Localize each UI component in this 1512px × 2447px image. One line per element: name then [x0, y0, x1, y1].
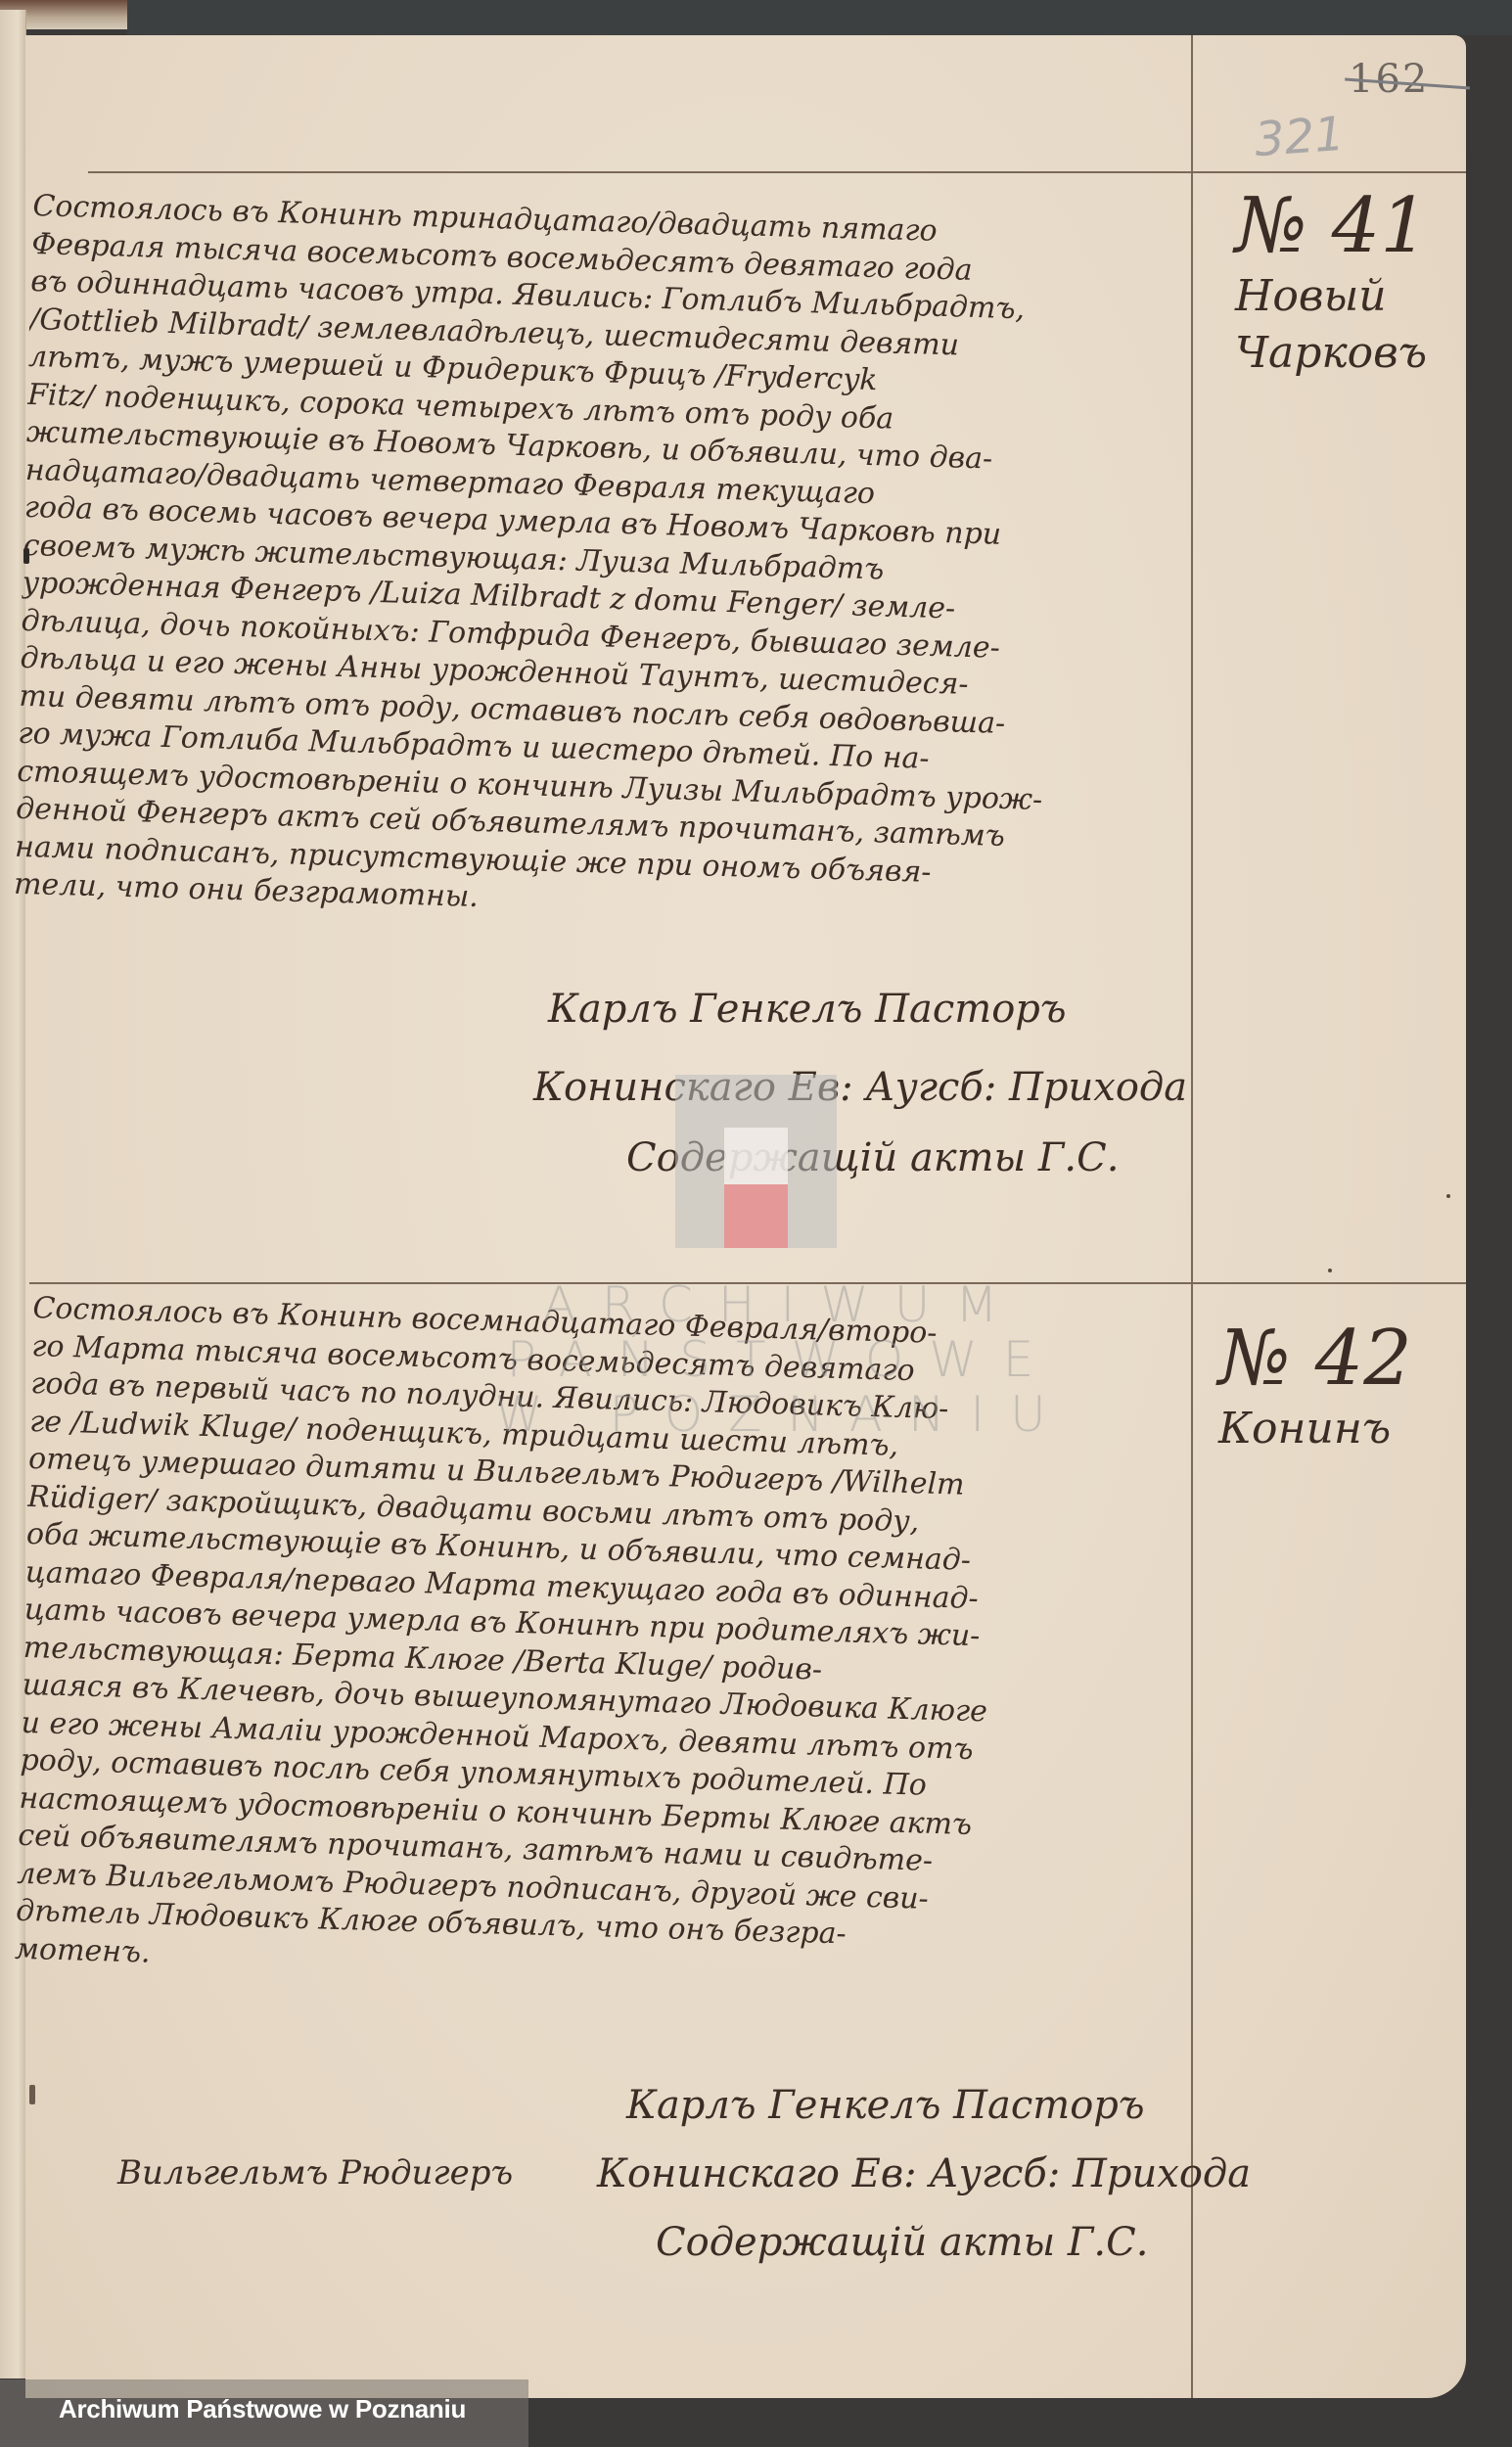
paper-damage-mark [29, 2085, 35, 2104]
paper-damage-mark [23, 548, 29, 564]
scan-background-top [127, 0, 1512, 35]
record-place-line1: Новый [1235, 268, 1429, 325]
record-number-42: № 42 Конинъ [1218, 1316, 1412, 1457]
record-entry-41-text: Состоялось въ Конинѣ тринадцатаго/двадца… [14, 188, 1198, 936]
folio-number-pencil: 321 [1253, 107, 1346, 167]
pastor-signature-41-line1: Карлъ Генкелъ Пасторъ [548, 987, 1067, 1032]
ink-dot [1446, 1194, 1450, 1198]
ink-dot [1328, 1269, 1332, 1272]
witness-signature-42: Вильгельмъ Рюдигеръ [117, 2153, 513, 2193]
watermark-line2: W POZNANIU [362, 1387, 1204, 1442]
record-number-label: № 42 [1218, 1316, 1412, 1401]
record-place-line2: Чарковъ [1235, 325, 1429, 382]
record-number-label: № 41 [1235, 184, 1429, 268]
record-number-41: № 41 Новый Чарковъ [1235, 184, 1429, 382]
previous-page-edge [0, 10, 26, 2378]
archive-label: Archiwum Państwowe w Poznaniu [59, 2394, 466, 2424]
record-place-line1: Конинъ [1218, 1401, 1412, 1457]
pastor-signature-41-line2: Конинскаго Ев: Аугсб: Прихода [533, 1065, 1187, 1110]
watermark-line1: ARCHIWUM PAŃSTWOWE [362, 1277, 1204, 1387]
watermark-flag-red [724, 1184, 788, 1248]
pastor-signature-42-line2: Конинскаго Ев: Аугсб: Прихода [597, 2151, 1251, 2196]
pastor-signature-42-line1: Карлъ Генкелъ Пасторъ [626, 2083, 1145, 2128]
watermark-flag-white [724, 1128, 788, 1184]
top-ruling-line [88, 171, 1466, 173]
archive-watermark-text: ARCHIWUM PAŃSTWOWE W POZNANIU [362, 1277, 1204, 1442]
pastor-signature-42-line3: Содержащій акты Г.С. [656, 2220, 1148, 2265]
